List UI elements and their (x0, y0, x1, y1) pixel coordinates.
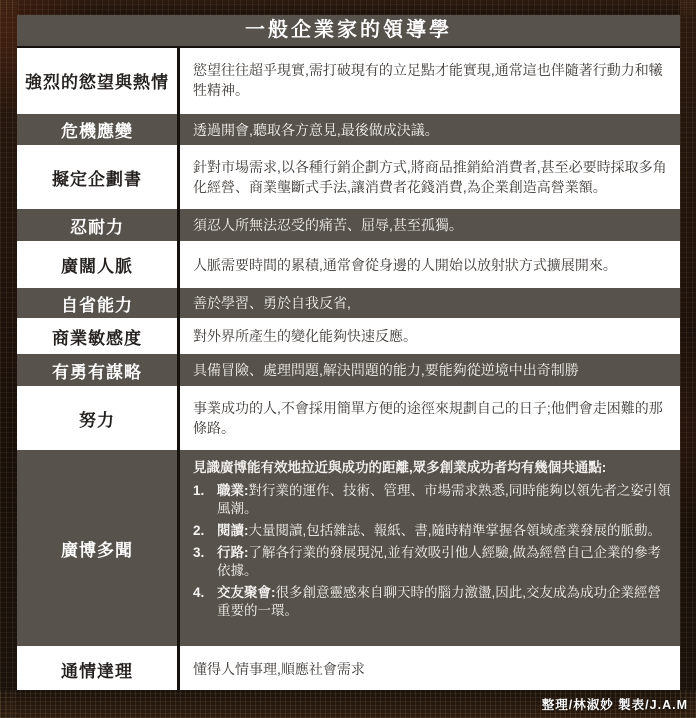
table-row: 努力 事業成功的人,不會採用簡單方便的途徑來規劃自己的日子;他們會走困難的那條路… (17, 388, 680, 448)
city-photo-background (680, 0, 696, 718)
table-row: 有勇有謀略 具備冒險、處理問題,解決問題的能力,要能夠從逆境中出奇制勝 (17, 354, 680, 386)
row-label: 自省能力 (17, 288, 177, 318)
table-row: 通情達理 懂得人情事理,順應社會需求 (17, 648, 680, 690)
list-item-text: 行路:了解各行業的發展現況,並有效吸引他人經驗,做為經營自己企業的參考依據。 (217, 544, 674, 580)
row-label: 危機應變 (17, 114, 177, 145)
row-description: 對外界所產生的變化能夠快速反應。 (177, 320, 680, 352)
row-description: 事業成功的人,不會採用簡單方便的途徑來規劃自己的日子;他們會走困難的那條路。 (177, 388, 680, 448)
column-divider (177, 48, 180, 690)
row-description: 透過開會,聽取各方意見,最後做成決議。 (177, 114, 680, 145)
row-label: 努力 (17, 388, 177, 448)
list-item: 4. 交友聚會:很多創意靈感來自聊天時的腦力激盪,因此,交友成為成功企業經營重要… (193, 584, 674, 620)
row-label: 擬定企劃書 (17, 147, 177, 207)
leadership-table: 一般企業家的領導學 強烈的慾望與熱情 慾望往往超乎現實,需打破現有的立足點才能實… (17, 15, 680, 690)
table-row: 廣闊人脈 人脈需要時間的累積,通常會從身邊的人開始以放射狀方式擴展開來。 (17, 243, 680, 286)
row-description: 善於學習、勇於自我反省, (177, 288, 680, 318)
list-item-number: 2. (193, 522, 217, 540)
table-row: 忍耐力 須忍人所無法忍受的痛苦、屈辱,甚至孤獨。 (17, 209, 680, 241)
row-description: 針對市場需求,以各種行銷企劃方式,將商品推銷給消費者,甚至必要時採取多角化經營、… (177, 147, 680, 207)
table-row: 商業敏感度 對外界所產生的變化能夠快速反應。 (17, 320, 680, 352)
list-item-text: 閱讀:大量閱讀,包括雜誌、報紙、書,隨時精準掌握各領域產業發展的脈動。 (217, 522, 674, 540)
row-label: 強烈的慾望與熱情 (17, 48, 177, 112)
list-item-number: 3. (193, 544, 217, 580)
table-row: 自省能力 善於學習、勇於自我反省, (17, 288, 680, 318)
row-description: 須忍人所無法忍受的痛苦、屈辱,甚至孤獨。 (177, 209, 680, 241)
list-item-lead: 行路: (217, 545, 249, 560)
row-description: 具備冒險、處理問題,解決問題的能力,要能夠從逆境中出奇制勝 (177, 354, 680, 386)
list-item-body: 了解各行業的發展現況,並有效吸引他人經驗,做為經營自己企業的參考依據。 (217, 545, 661, 578)
list-item: 2. 閱讀:大量閱讀,包括雜誌、報紙、書,隨時精準掌握各領域產業發展的脈動。 (193, 522, 674, 540)
row-label: 商業敏感度 (17, 320, 177, 352)
row-description: 見識廣博能有效地拉近與成功的距離,眾多創業成功者均有幾個共通點: 1. 職業:對… (177, 450, 680, 646)
table-row: 擬定企劃書 針對市場需求,以各種行銷企劃方式,將商品推銷給消費者,甚至必要時採取… (17, 147, 680, 207)
list-intro: 見識廣博能有效地拉近與成功的距離,眾多創業成功者均有幾個共通點: (193, 459, 674, 477)
row-label: 廣博多聞 (17, 450, 177, 646)
table-body: 強烈的慾望與熱情 慾望往往超乎現實,需打破現有的立足點才能實現,通常這也伴隨著行… (17, 48, 680, 690)
row-description: 慾望往往超乎現實,需打破現有的立足點才能實現,通常這也伴隨著行動力和犧牲精神。 (177, 48, 680, 112)
city-photo-background (0, 0, 17, 718)
row-label: 有勇有謀略 (17, 354, 177, 386)
list-item-number: 1. (193, 482, 217, 518)
page-background: 一般企業家的領導學 強烈的慾望與熱情 慾望往往超乎現實,需打破現有的立足點才能實… (0, 0, 696, 718)
table-row: 廣博多聞 見識廣博能有效地拉近與成功的距離,眾多創業成功者均有幾個共通點: 1.… (17, 450, 680, 646)
list-item-lead: 閱讀: (217, 523, 249, 538)
city-photo-background (0, 0, 696, 15)
list-item-text: 職業:對行業的運作、技術、管理、市場需求熟悉,同時能夠以領先者之姿引領風潮。 (217, 482, 674, 518)
row-label: 忍耐力 (17, 209, 177, 241)
list-item-lead: 職業: (217, 483, 249, 498)
list-item-text: 交友聚會:很多創意靈感來自聊天時的腦力激盪,因此,交友成為成功企業經營重要的一環… (217, 584, 674, 620)
table-title: 一般企業家的領導學 (17, 15, 680, 48)
credit-line: 整理/林淑妙 製表/J.A.M (542, 695, 688, 713)
list-item: 1. 職業:對行業的運作、技術、管理、市場需求熟悉,同時能夠以領先者之姿引領風潮… (193, 482, 674, 518)
list-item: 3. 行路:了解各行業的發展現況,並有效吸引他人經驗,做為經營自己企業的參考依據… (193, 544, 674, 580)
row-label: 廣闊人脈 (17, 243, 177, 286)
list-item-body: 很多創意靈感來自聊天時的腦力激盪,因此,交友成為成功企業經營重要的一環。 (217, 585, 661, 618)
table-row: 危機應變 透過開會,聽取各方意見,最後做成決議。 (17, 114, 680, 145)
row-label: 通情達理 (17, 648, 177, 690)
row-description: 懂得人情事理,順應社會需求 (177, 648, 680, 690)
list-item-body: 對行業的運作、技術、管理、市場需求熟悉,同時能夠以領先者之姿引領風潮。 (217, 483, 671, 516)
row-description: 人脈需要時間的累積,通常會從身邊的人開始以放射狀方式擴展開來。 (177, 243, 680, 286)
table-row: 強烈的慾望與熱情 慾望往往超乎現實,需打破現有的立足點才能實現,通常這也伴隨著行… (17, 48, 680, 112)
list-item-number: 4. (193, 584, 217, 620)
list-item-body: 大量閱讀,包括雜誌、報紙、書,隨時精準掌握各領域產業發展的脈動。 (249, 523, 662, 538)
list-item-lead: 交友聚會: (217, 585, 276, 600)
